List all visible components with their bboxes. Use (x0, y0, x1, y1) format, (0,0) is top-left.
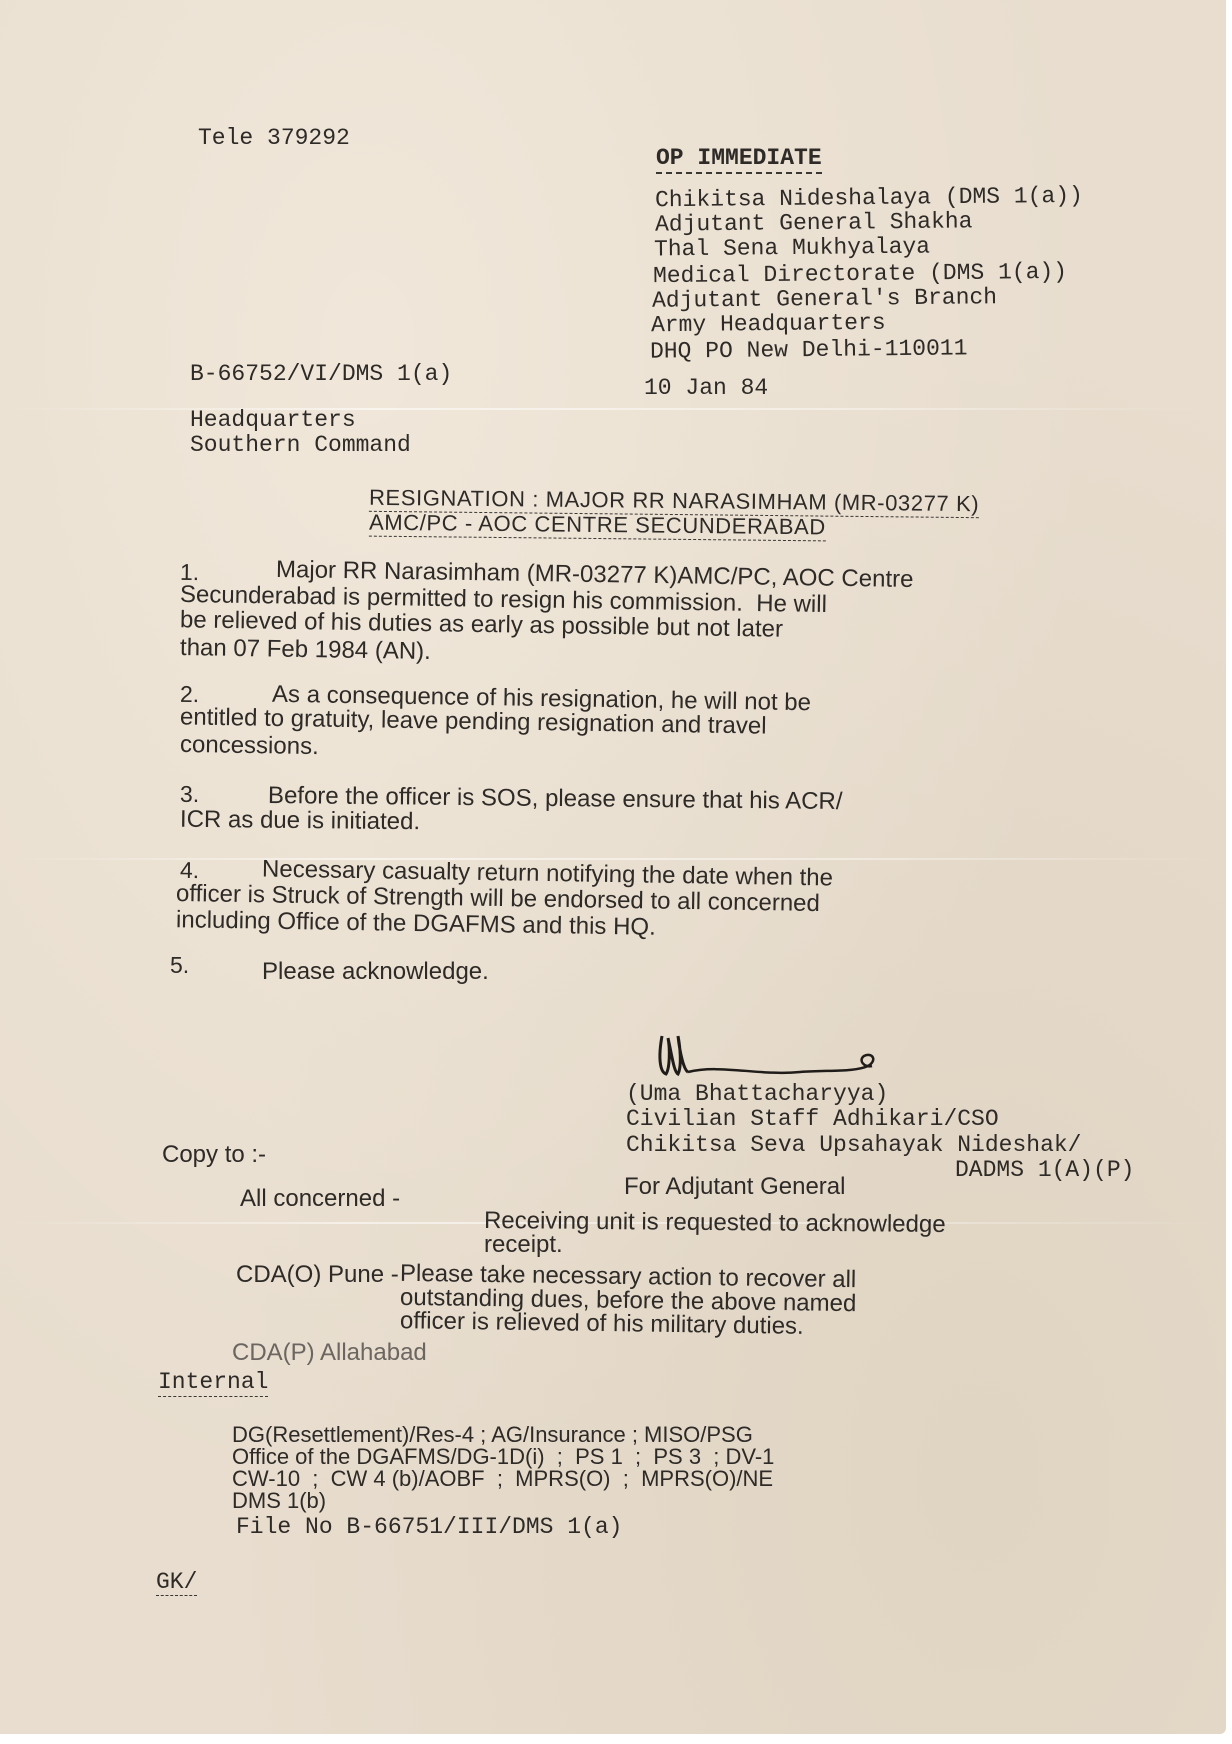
paragraph-line: concessions. (180, 732, 319, 759)
reference-number: B-66752/VI/DMS 1(a) (190, 362, 452, 387)
signatory-title: Civilian Staff Adhikari/CSO (626, 1107, 999, 1132)
subject-line: AMC/PC - AOC CENTRE SECUNDERABAD (369, 510, 826, 542)
paragraph-line: Please acknowledge. (262, 959, 489, 984)
internal-line: Office of the DGAFMS/DG-1D(i) ; PS 1 ; P… (232, 1446, 774, 1468)
file-number: File No B-66751/III/DMS 1(a) (236, 1515, 622, 1540)
signatory-for: For Adjutant General (624, 1174, 845, 1199)
recipient-line: Southern Command (190, 433, 411, 458)
internal-line: DMS 1(b) (232, 1490, 326, 1512)
copy-recipient: CDA(O) Pune - (236, 1262, 399, 1287)
signatory-title: DADMS 1(A)(P) (955, 1158, 1134, 1183)
address-line: Army Headquarters (651, 311, 886, 338)
address-line: DHQ PO New Delhi-110011 (650, 336, 968, 364)
copy-to-heading: Copy to :- (162, 1142, 266, 1167)
priority-marking: OP IMMEDIATE (656, 146, 822, 174)
copy-recipient: CDA(P) Allahabad (232, 1340, 427, 1365)
document-page: Tele 379292 OP IMMEDIATE Chikitsa Nidesh… (0, 0, 1226, 1734)
typist-reference: GK/ (156, 1570, 197, 1596)
copy-note: receipt. (484, 1232, 563, 1257)
handwritten-signature-icon (650, 1028, 890, 1088)
internal-heading: Internal (158, 1370, 268, 1397)
paragraph-number: 5. (170, 953, 189, 978)
paragraph-line: ICR as due is initiated. (180, 807, 420, 835)
recipient-line: Headquarters (190, 408, 356, 433)
paper-fold (0, 408, 1226, 410)
paragraph-line: including Office of the DGAFMS and this … (176, 907, 656, 940)
telephone-number: Tele 379292 (198, 126, 350, 151)
signatory-name: (Uma Bhattacharyya) (626, 1082, 888, 1107)
internal-line: CW-10 ; CW 4 (b)/AOBF ; MPRS(O) ; MPRS(O… (232, 1468, 773, 1490)
copy-recipient: All concerned - (240, 1186, 400, 1211)
paragraph-number: 3. (180, 782, 199, 807)
paragraph-line: than 07 Feb 1984 (AN). (180, 635, 431, 664)
letter-date: 10 Jan 84 (644, 376, 768, 401)
copy-note: officer is relieved of his military duti… (400, 1308, 804, 1339)
address-line: Thal Sena Mukhyalaya (654, 235, 930, 263)
internal-line: DG(Resettlement)/Res-4 ; AG/Insurance ; … (232, 1424, 753, 1446)
signatory-title: Chikitsa Seva Upsahayak Nideshak/ (626, 1133, 1081, 1158)
